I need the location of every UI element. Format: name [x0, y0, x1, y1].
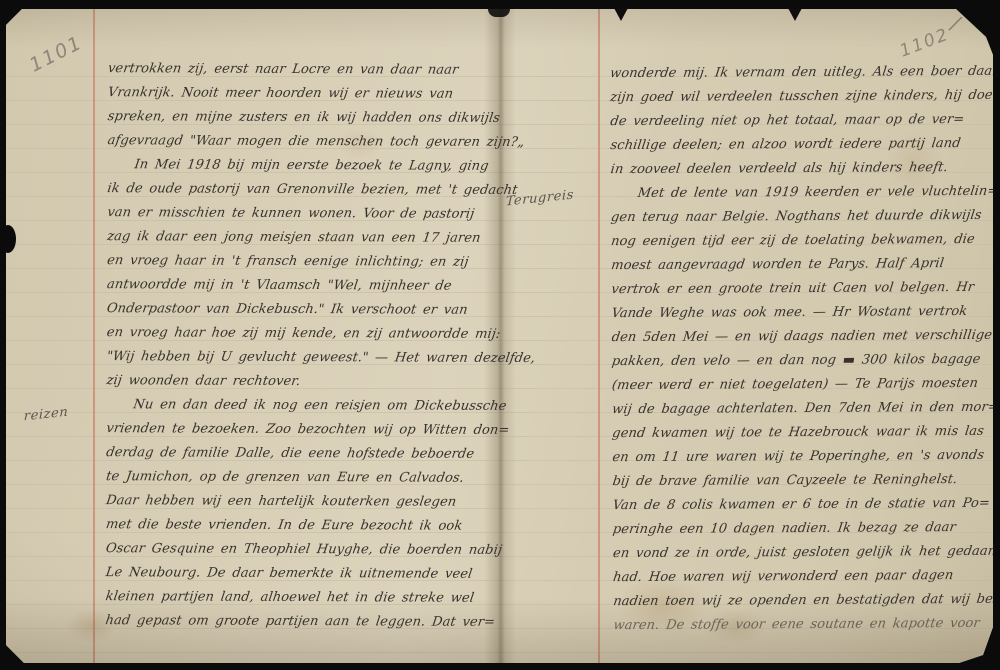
handwriting-line: Daar hebben wij een hartelijk kouterken … — [104, 489, 499, 515]
handwriting-line: spreken, en mijne zusters en ik wij hadd… — [106, 105, 501, 131]
pencil-page-number-right: 1102 — [897, 24, 952, 61]
handwriting-line: pakken, den velo — en dan nog ▬ 300 kilo… — [610, 348, 995, 374]
handwriting-line: vertrokken zij, eerst naar Locre en van … — [106, 57, 501, 83]
handwriting-line: "Wij hebben bij U gevlucht geweest." — H… — [105, 345, 500, 371]
handwriting-line: vertrok er een groote trein uit Caen vol… — [610, 276, 995, 302]
binding-notch — [788, 8, 802, 21]
margin-note-reizen: reizen — [24, 405, 69, 425]
handwriting-line: Vrankrijk. Nooit meer hoorden wij er nie… — [106, 81, 501, 107]
handwriting-line: vrienden te bezoeken. Zoo bezochten wij … — [105, 417, 500, 443]
handwriting-line: ik de oude pastorij van Grenonville bezi… — [106, 177, 501, 203]
handwriting-line: gend kwamen wij toe te Hazebrouck waar i… — [611, 420, 996, 446]
margin-rule-left-page — [93, 9, 95, 663]
handwriting-line: had. Hoe waren wij verwonderd een paar d… — [611, 564, 996, 590]
handwriting-line: in zooveel deelen verdeeld als hij kinde… — [609, 156, 994, 182]
handwriting-line: peringhe een 10 dagen nadien. Ik bezag z… — [611, 516, 996, 542]
handwriting-line: wonderde mij. Ik vernam den uitleg. Als … — [608, 60, 993, 86]
notebook-spread: 1101 1102 / reizen Terugreis vertrokken … — [6, 9, 993, 663]
handwriting-line: zijn goed wil verdeelen tusschen zijne k… — [609, 84, 994, 110]
handwriting-line: gen terug naar Belgie. Nogthans het duur… — [609, 204, 994, 230]
handwriting-line: nog eenigen tijd eer zij de toelating be… — [609, 228, 994, 254]
handwriting-line: Oscar Gesquine en Theophiel Huyghe, die … — [104, 537, 499, 563]
handwriting-line: nadien toen wij ze openden en bestatigde… — [612, 588, 997, 614]
handwriting-line: afgevraagd "Waar mogen die menschen toch… — [106, 129, 501, 155]
handwriting-line: Met de lente van 1919 keerden er vele vl… — [609, 180, 994, 206]
handwriting-line: Nu en dan deed ik nog een reisjen om Dic… — [105, 393, 500, 419]
handwriting-line: te Jumichon, op de grenzen van Eure en C… — [104, 465, 499, 491]
handwriting-line: Le Neubourg. De daar bemerkte ik uitneme… — [104, 561, 499, 587]
right-page-text: wonderde mij. Ik vernam den uitleg. Als … — [608, 60, 994, 638]
handwriting-line: In Mei 1918 bij mijn eerste bezoek te La… — [106, 153, 501, 179]
handwriting-line: antwoordde mij in 't Vlaamsch "Wel, mijn… — [105, 273, 500, 299]
handwriting-line: den 5den Mei — en wij daags nadien met v… — [610, 324, 995, 350]
handwriting-line: derdag de familie Dalle, die eene hofste… — [104, 441, 499, 467]
pencil-page-number-left: 1101 — [26, 31, 86, 76]
handwriting-line: van er misschien te kunnen wonen. Voor d… — [106, 201, 501, 227]
handwriting-line: en vroeg haar hoe zij mij kende, en zij … — [105, 321, 500, 347]
margin-rule-right-page — [598, 9, 600, 663]
handwriting-line: Onderpastoor van Dickebusch." Ik verscho… — [105, 297, 500, 323]
handwriting-line: zag ik daar een jong meisjen staan van e… — [105, 225, 500, 251]
handwriting-line: en vroeg haar in 't fransch eenige inlic… — [105, 249, 500, 275]
handwriting-line: met die beste vrienden. In de Eure bezoc… — [104, 513, 499, 539]
handwriting-line: (meer werd er niet toegelaten) — Te Pari… — [610, 372, 995, 398]
handwriting-line: waren. De stoffe voor eene soutane en ka… — [612, 612, 997, 638]
handwriting-line: Van de 8 colis kwamen er 6 toe in de sta… — [611, 492, 996, 518]
handwriting-line: en om 11 ure waren wij te Poperinghe, en… — [611, 444, 996, 470]
handwriting-line: had gepast om groote partijen aan te leg… — [104, 609, 499, 635]
page-edge-notch — [0, 225, 16, 253]
handwriting-line: Vande Weghe was ook mee. — Hr Wostant ve… — [610, 300, 995, 326]
handwriting-line: en vond ze in orde, juist gesloten gelij… — [611, 540, 996, 566]
handwriting-line: kleinen partijen land, alhoewel het in d… — [104, 585, 499, 611]
handwriting-line: schillige deelen; en alzoo wordt iedere … — [609, 132, 994, 158]
handwriting-line: wij de bagage achterlaten. Den 7den Mei … — [610, 396, 995, 422]
left-page-text: vertrokken zij, eerst naar Locre en van … — [104, 57, 499, 635]
handwriting-line: zij woonden daar rechtover. — [105, 369, 500, 395]
binding-notch — [614, 8, 628, 21]
handwriting-line: de verdeeling niet op het totaal, maar o… — [609, 108, 994, 134]
pencil-mark: / — [948, 11, 962, 36]
handwriting-line: bij de brave familie van Cayzeele te Ren… — [611, 468, 996, 494]
center-fold-binding — [488, 7, 510, 17]
handwriting-line: moest aangevraagd worden te Parys. Half … — [610, 252, 995, 278]
